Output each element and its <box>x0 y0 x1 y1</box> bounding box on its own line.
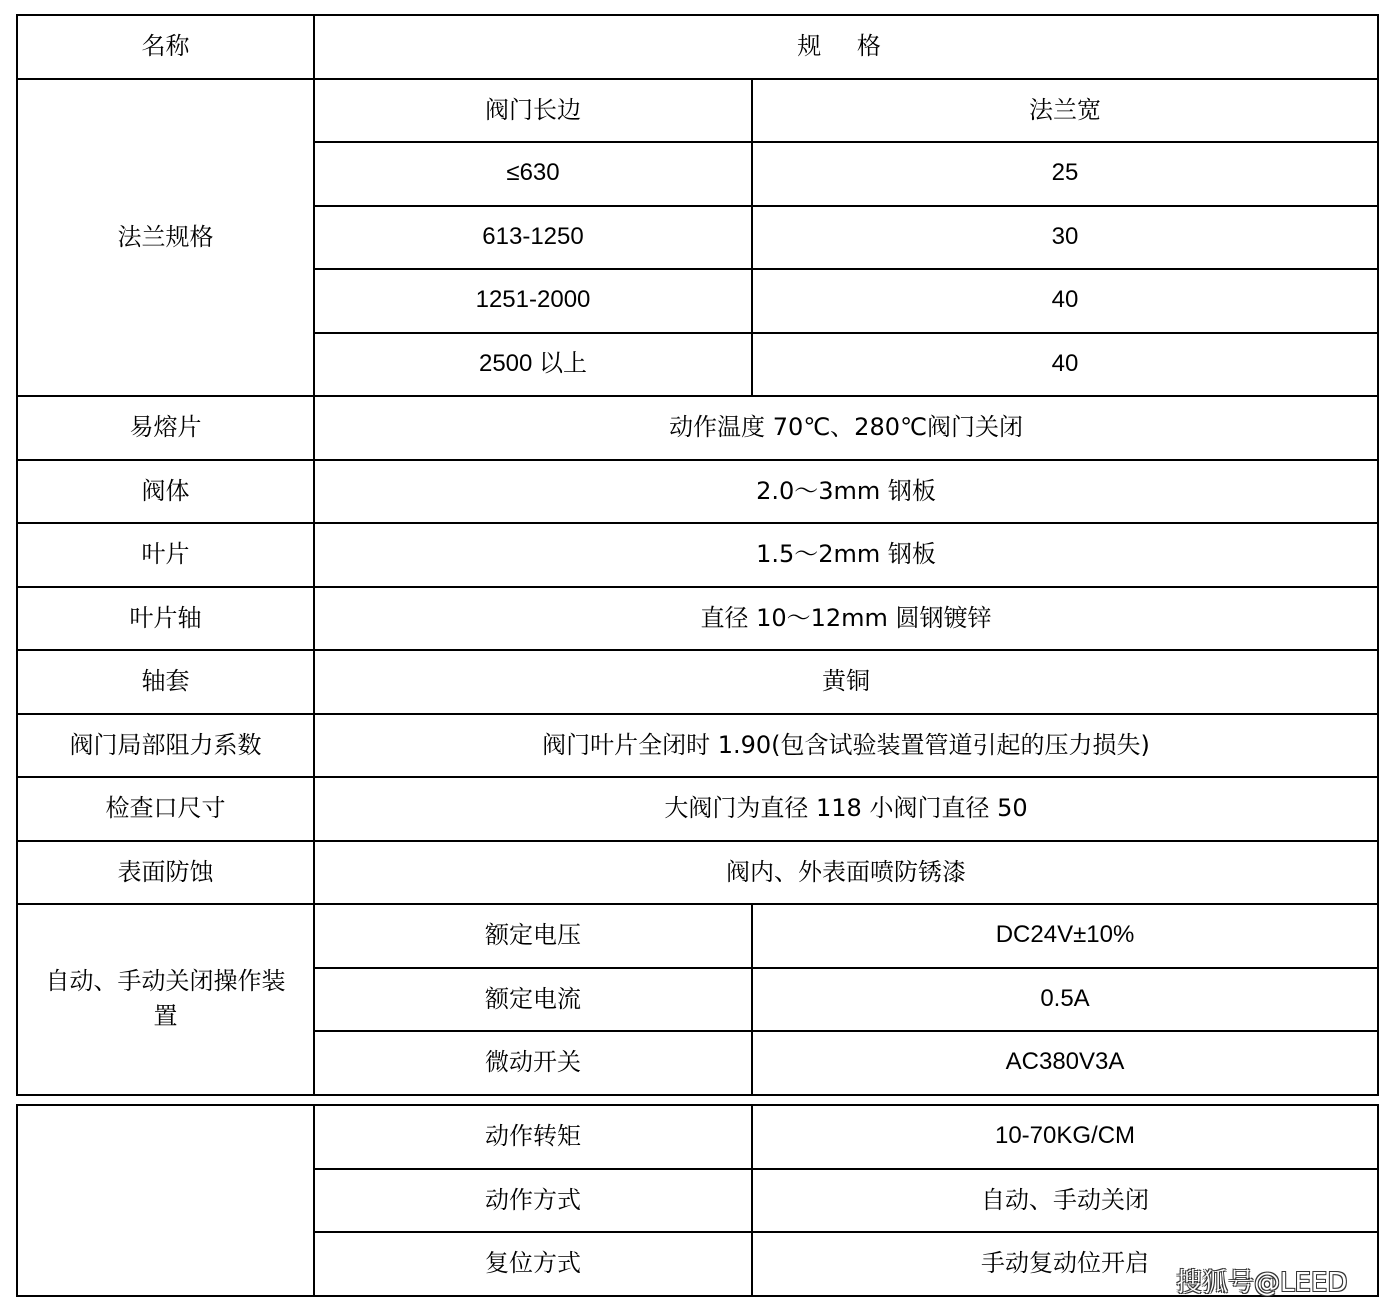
flange-width: 40 <box>752 333 1378 397</box>
row-name: 表面防蚀 <box>17 841 314 905</box>
row-name: 易熔片 <box>17 396 314 460</box>
row-spec: 阀内、外表面喷防锈漆 <box>314 841 1378 905</box>
table-row: 动作转矩 10-70KG/CM <box>17 1105 1378 1169</box>
row-spec: 2.0～3mm 钢板 <box>314 460 1378 524</box>
spec-table-continuation: 动作转矩 10-70KG/CM 动作方式 自动、手动关闭 复位方式 手动复动位开… <box>16 1104 1379 1297</box>
table-row: 叶片 1.5～2mm 钢板 <box>17 523 1378 587</box>
flange-col-header-width: 法兰宽 <box>752 79 1378 143</box>
operation-value: 10-70KG/CM <box>752 1105 1378 1169</box>
row-name: 叶片轴 <box>17 587 314 651</box>
flange-width: 30 <box>752 206 1378 270</box>
table-row: 阀门局部阻力系数 阀门叶片全闭时 1.90(包含试验装置管道引起的压力损失) <box>17 714 1378 778</box>
table-row: 自动、手动关闭操作装置 额定电压 DC24V±10% <box>17 904 1378 968</box>
flange-long-side: 2500 以上 <box>314 333 752 397</box>
row-spec: 动作温度 70℃、280℃阀门关闭 <box>314 396 1378 460</box>
table-row: 易熔片 动作温度 70℃、280℃阀门关闭 <box>17 396 1378 460</box>
watermark: 搜狐号@LEED <box>1176 1262 1347 1299</box>
continuation-label <box>17 1105 314 1296</box>
flange-long-side: 1251-2000 <box>314 269 752 333</box>
table-row: 表面防蚀 阀内、外表面喷防锈漆 <box>17 841 1378 905</box>
row-name: 阀门局部阻力系数 <box>17 714 314 778</box>
operation-value: 自动、手动关闭 <box>752 1169 1378 1233</box>
operation-param: 动作方式 <box>314 1169 752 1233</box>
table-header-row: 名称 规 格 <box>17 15 1378 79</box>
flange-label: 法兰规格 <box>17 79 314 397</box>
table-row: 叶片轴 直径 10～12mm 圆钢镀锌 <box>17 587 1378 651</box>
row-spec: 阀门叶片全闭时 1.90(包含试验装置管道引起的压力损失) <box>314 714 1378 778</box>
row-name: 叶片 <box>17 523 314 587</box>
row-spec: 黄铜 <box>314 650 1378 714</box>
flange-width: 25 <box>752 142 1378 206</box>
operation-label: 自动、手动关闭操作装置 <box>17 904 314 1095</box>
flange-width: 40 <box>752 269 1378 333</box>
row-name: 轴套 <box>17 650 314 714</box>
spec-table: 名称 规 格 法兰规格 阀门长边 法兰宽 ≤630 25 613-1250 30… <box>16 14 1379 1096</box>
operation-param: 动作转矩 <box>314 1105 752 1169</box>
operation-value: 0.5A <box>752 968 1378 1032</box>
row-name: 检查口尺寸 <box>17 777 314 841</box>
flange-long-side: ≤630 <box>314 142 752 206</box>
row-spec: 大阀门为直径 118 小阀门直径 50 <box>314 777 1378 841</box>
table-row: 阀体 2.0～3mm 钢板 <box>17 460 1378 524</box>
row-name: 阀体 <box>17 460 314 524</box>
flange-long-side: 613-1250 <box>314 206 752 270</box>
row-spec: 直径 10～12mm 圆钢镀锌 <box>314 587 1378 651</box>
table-row: 法兰规格 阀门长边 法兰宽 <box>17 79 1378 143</box>
operation-value: DC24V±10% <box>752 904 1378 968</box>
spec-header: 规 格 <box>314 15 1378 79</box>
operation-param: 额定电流 <box>314 968 752 1032</box>
row-spec: 1.5～2mm 钢板 <box>314 523 1378 587</box>
operation-param: 微动开关 <box>314 1031 752 1095</box>
operation-param: 复位方式 <box>314 1232 752 1296</box>
table-row: 轴套 黄铜 <box>17 650 1378 714</box>
flange-col-header-long-side: 阀门长边 <box>314 79 752 143</box>
table-row: 检查口尺寸 大阀门为直径 118 小阀门直径 50 <box>17 777 1378 841</box>
operation-param: 额定电压 <box>314 904 752 968</box>
name-header: 名称 <box>17 15 314 79</box>
operation-value: AC380V3A <box>752 1031 1378 1095</box>
